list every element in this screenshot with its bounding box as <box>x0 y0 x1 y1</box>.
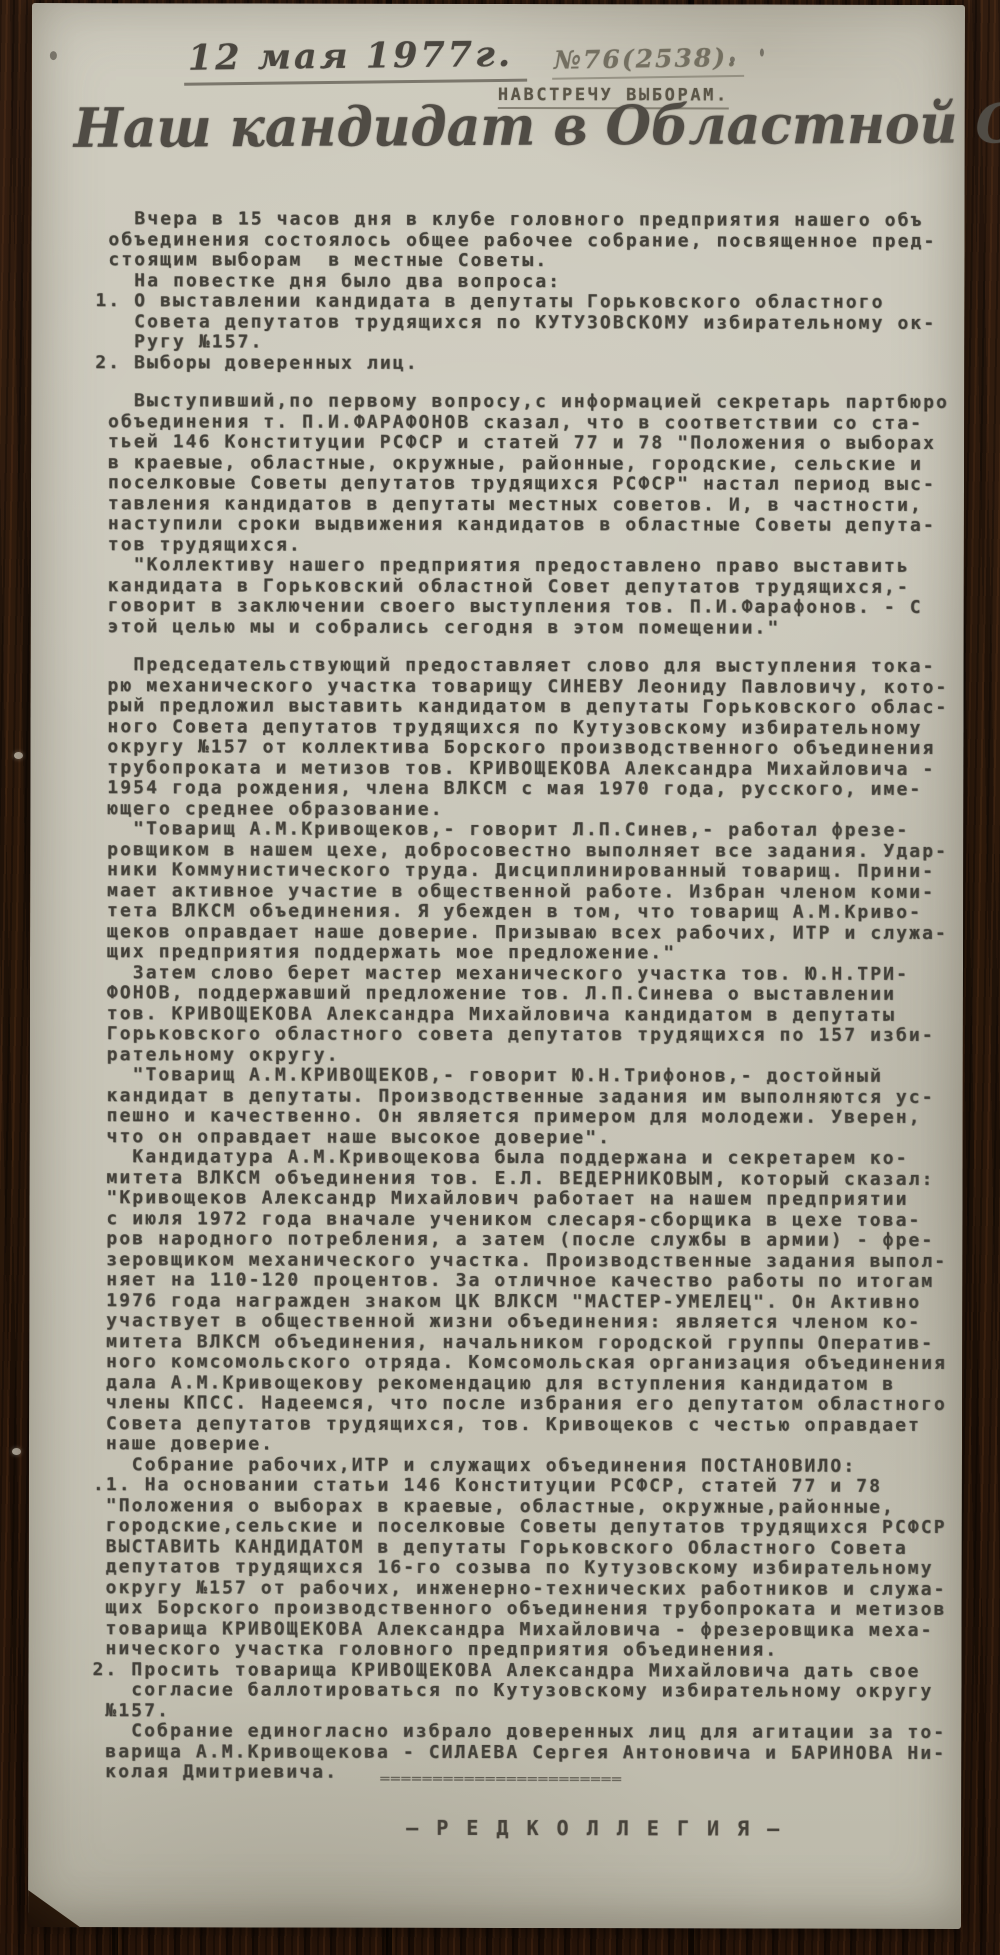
issue-date: 12 мая 1977г. <box>184 34 528 86</box>
ink-speck <box>50 51 57 60</box>
newspaper-page: 12 мая 1977г. №76(2538). НАВСТРЕЧУ ВЫБОР… <box>28 3 965 1929</box>
issue-number: №76(2538). <box>552 43 744 80</box>
wood-highlight-speck <box>14 752 23 759</box>
typed-divider: ═══════════════════════ <box>380 1770 622 1789</box>
article-paragraph-block-main: Председательствующий предоставляет слово… <box>92 655 986 1784</box>
editorial-signature: – Р Е Д К О Л Л Е Г И Я – <box>406 1816 782 1841</box>
ink-speck <box>730 56 735 62</box>
ink-speck <box>760 49 764 57</box>
torn-paper-corner <box>28 1885 80 1927</box>
article-paragraph-block-speech: Выступивший,по первому вопросу,с информа… <box>95 391 988 639</box>
article-title: Наш кандидат в Областной Совет <box>74 93 959 161</box>
wood-highlight-speck <box>12 1448 21 1455</box>
article-paragraph-block-intro: Вчера в 15 часов дня в клубе головного п… <box>95 209 987 375</box>
wood-table-background: 12 мая 1977г. №76(2538). НАВСТРЕЧУ ВЫБОР… <box>0 0 1000 1955</box>
